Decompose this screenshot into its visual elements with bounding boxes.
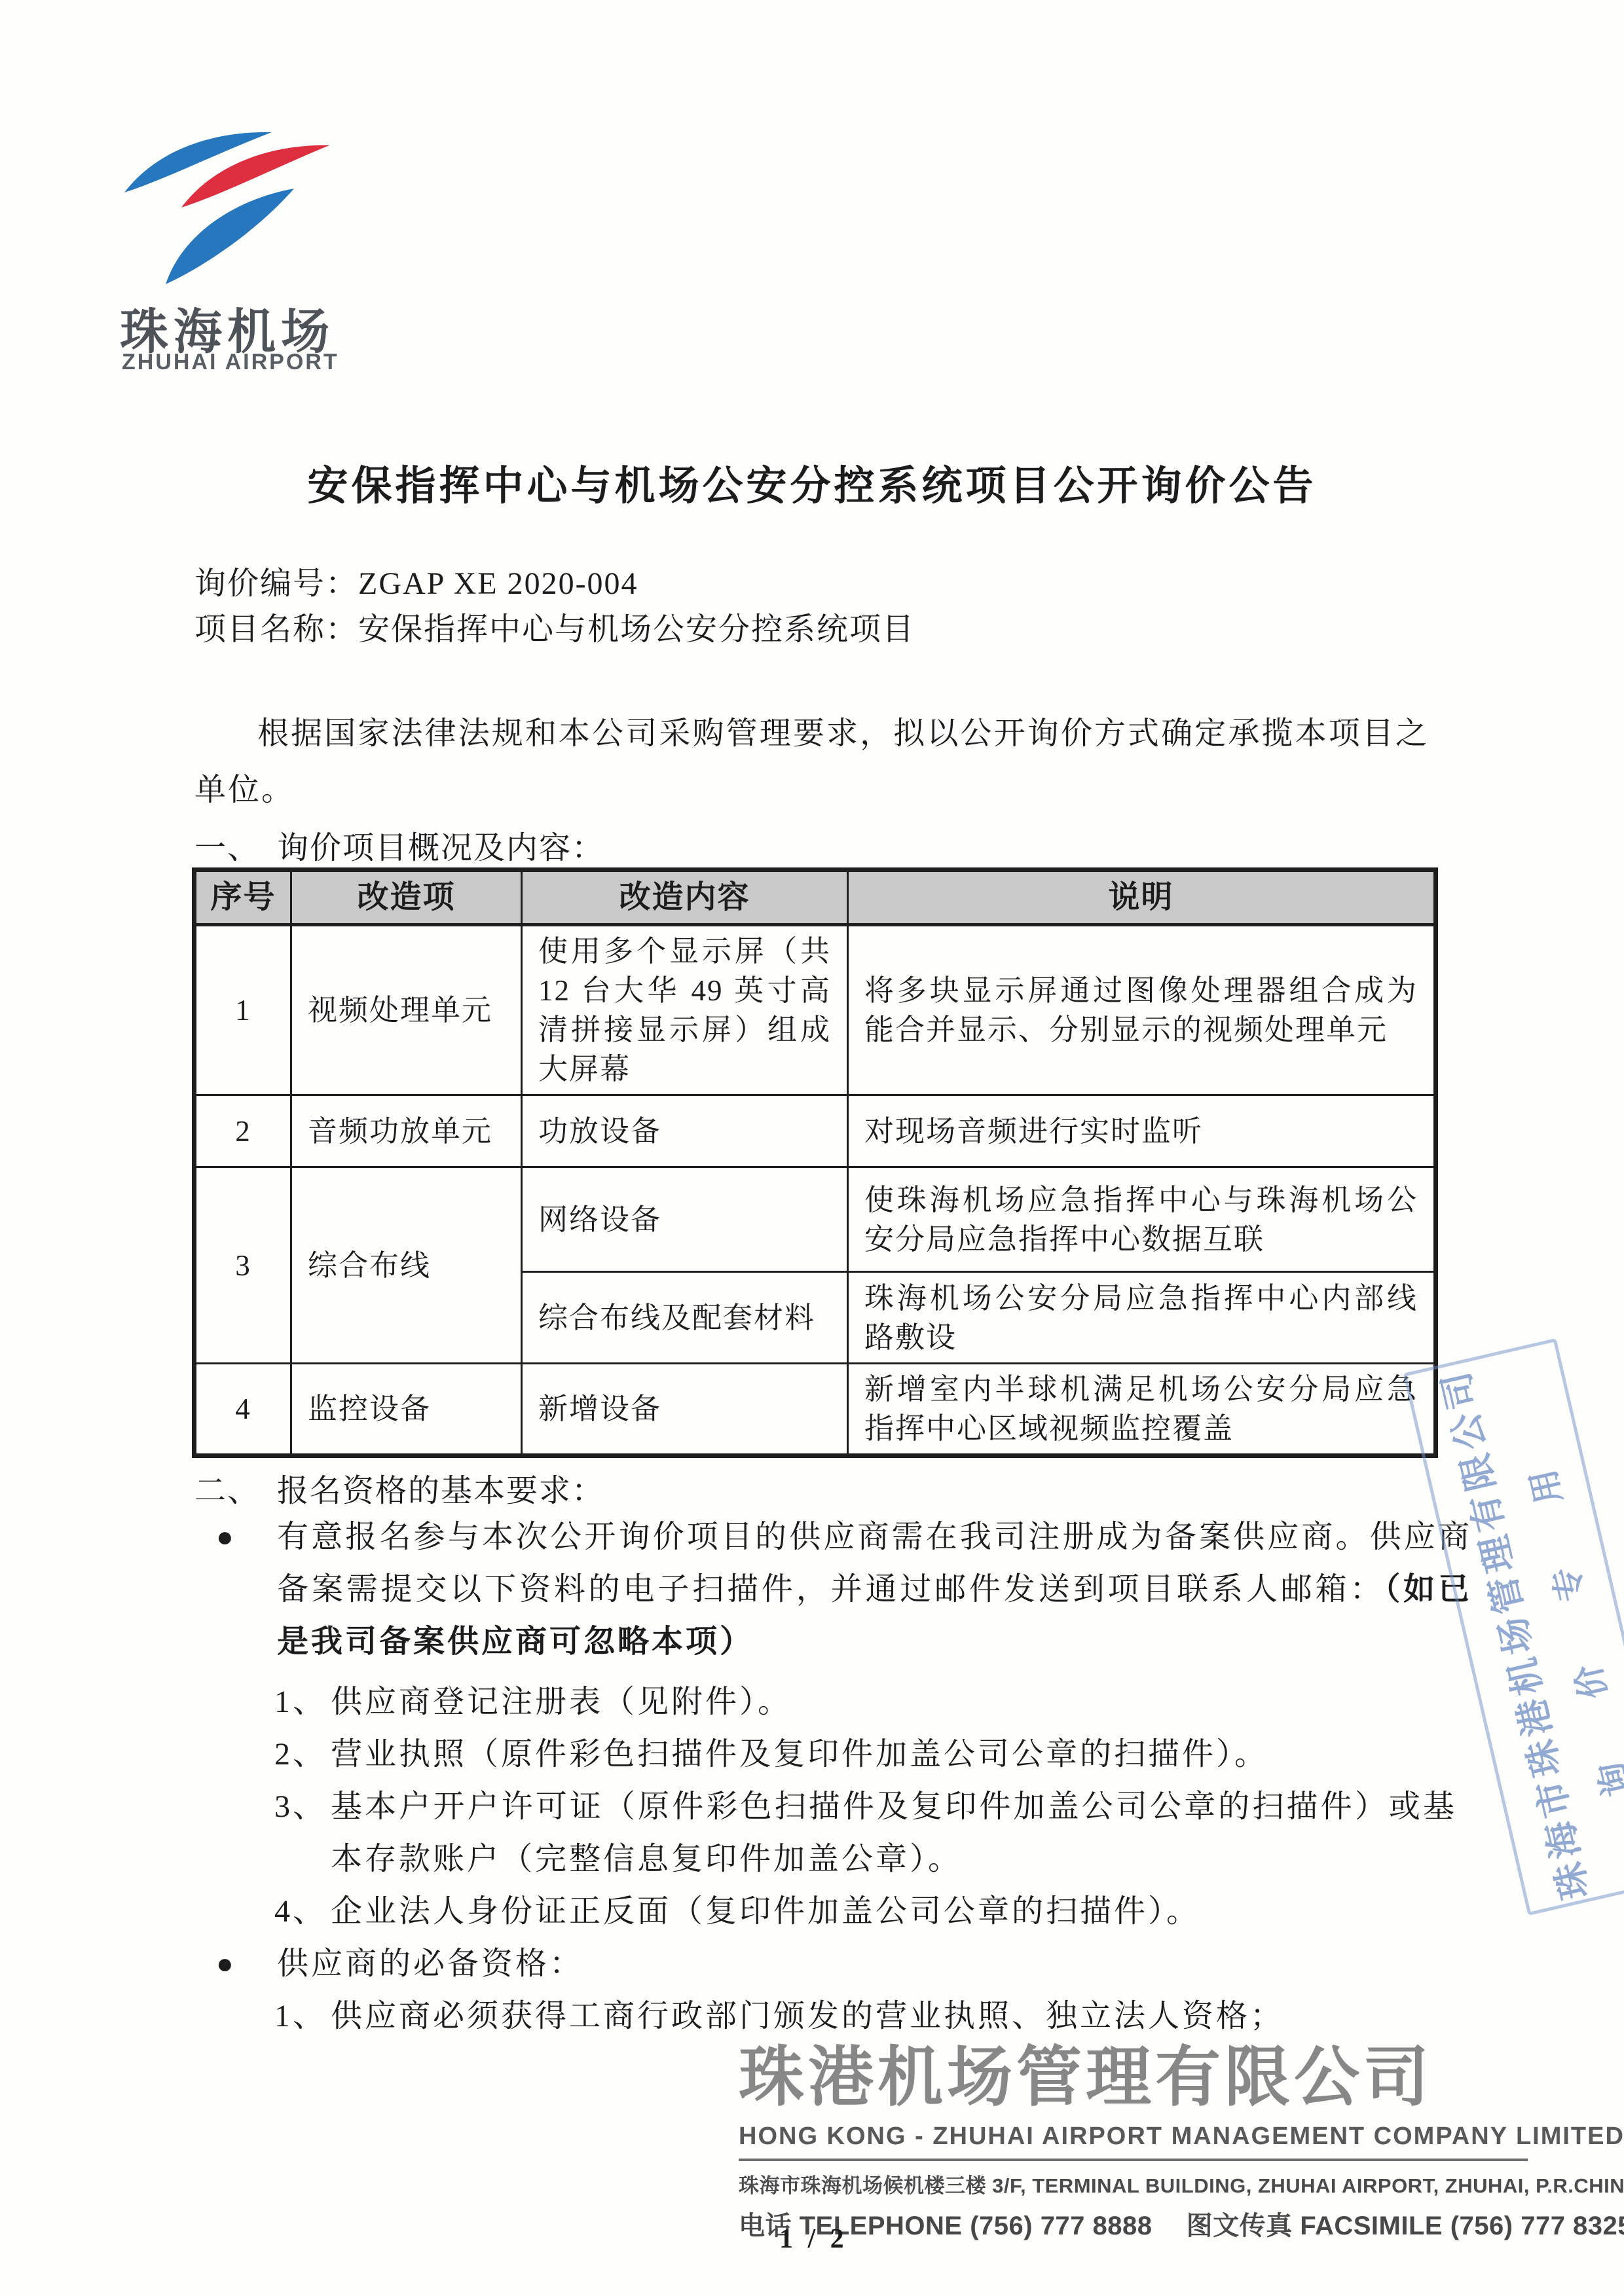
project-overview-table: 序号 改造项 改造内容 说明 1 视频处理单元 使用多个显示屏（共 12 台大华… [192, 867, 1433, 1458]
section1-heading: 一、 询价项目概况及内容： [194, 822, 604, 867]
table-row: 2 音频功放单元 功放设备 对现场音频进行实时监听 [194, 1095, 1436, 1167]
footer-address: 珠海市珠海机场候机楼三楼 3/F, TERMINAL BUILDING, ZHU… [739, 2169, 1534, 2198]
table-cell-desc: 珠海机场公安分局应急指挥中心内部线路敷设 [848, 1272, 1436, 1364]
footer: 珠港机场管理有限公司 HONG KONG - ZHUHAI AIRPORT MA… [739, 2041, 1534, 2242]
list-item-number: 1、 [274, 1990, 331, 2043]
table-cell-desc: 对现场音频进行实时监听 [848, 1095, 1436, 1167]
table-cell-no: 4 [194, 1364, 291, 1456]
column-header-content: 改造内容 [522, 870, 848, 925]
table-cell-desc: 将多块显示屏通过图像处理器组合成为能合并显示、分别显示的视频处理单元 [848, 925, 1436, 1095]
table-cell-item: 监控设备 [291, 1364, 522, 1456]
list-item-number: 2、 [274, 1728, 331, 1781]
list-item: 1、 供应商登记注册表（见附件）。 [216, 1676, 1519, 1728]
list-item: 1、 供应商必须获得工商行政部门颁发的营业执照、独立法人资格； [216, 1990, 1519, 2043]
project-name-line: 项目名称：安保指挥中心与机场公安分控系统项目 [194, 604, 915, 649]
table-cell-content: 网络设备 [522, 1167, 848, 1272]
bullet-text: 有意报名参与本次公开询价项目的供应商需在我司注册成为备案供应商。供应商备案需提交… [277, 1511, 1472, 1668]
table-cell-no: 2 [194, 1095, 291, 1167]
table-cell-item: 视频处理单元 [291, 925, 522, 1095]
table-row: 3 综合布线 网络设备 使珠海机场应急指挥中心与珠海机场公安分局应急指挥中心数据… [194, 1167, 1436, 1272]
page-title: 安保指挥中心与机场公安分控系统项目公开询价公告 [0, 453, 1624, 511]
list-item-text: 营业执照（原件彩色扫描件及复印件加盖公司公章的扫描件）。 [331, 1728, 1457, 1781]
list-item: 4、 企业法人身份证正反面（复印件加盖公司公章的扫描件）。 [216, 1886, 1519, 1938]
table-cell-content: 新增设备 [522, 1364, 848, 1456]
list-item-number: 1、 [274, 1676, 331, 1728]
document-page: 珠海机场 ZHUHAI AIRPORT 安保指挥中心与机场公安分控系统项目公开询… [0, 0, 1624, 2296]
column-header-no: 序号 [194, 870, 291, 925]
table-cell-desc: 使珠海机场应急指挥中心与珠海机场公安分局应急指挥中心数据互联 [848, 1167, 1436, 1272]
table-cell-desc: 新增室内半球机满足机场公安分局应急指挥中心区域视频监控覆盖 [848, 1364, 1436, 1456]
list-item-text: 供应商必须获得工商行政部门颁发的营业执照、独立法人资格； [331, 1990, 1457, 2043]
table-cell-content: 使用多个显示屏（共 12 台大华 49 英寸高清拼接显示屏）组成大屏幕 [522, 925, 848, 1095]
list-item-text: 基本户开户许可证（原件彩色扫描件及复印件加盖公司公章的扫描件）或基本存款账户（完… [331, 1781, 1457, 1886]
inquiry-number-label: 询价编号： [194, 566, 358, 601]
list-item-number: 4、 [274, 1886, 331, 1938]
section2-heading: 二、 报名资格的基本要求： [194, 1465, 604, 1510]
table-cell-item: 综合布线 [291, 1167, 522, 1364]
inquiry-number-value: ZGAP XE 2020-004 [358, 566, 638, 601]
list-item-text: 企业法人身份证正反面（复印件加盖公司公章的扫描件）。 [331, 1886, 1457, 1938]
column-header-item: 改造项 [291, 870, 522, 925]
logo-english-name: ZHUHAI AIRPORT [122, 350, 344, 375]
list-item: 2、 营业执照（原件彩色扫描件及复印件加盖公司公章的扫描件）。 [216, 1728, 1519, 1781]
stamp-purpose-text: 询 价 专 用 [1509, 1437, 1624, 1802]
column-header-desc: 说明 [848, 870, 1436, 925]
table-cell-item: 音频功放单元 [291, 1095, 522, 1167]
table-cell-no: 1 [194, 925, 291, 1095]
inquiry-number-line: 询价编号：ZGAP XE 2020-004 [194, 558, 638, 603]
list-item: 3、 基本户开户许可证（原件彩色扫描件及复印件加盖公司公章的扫描件）或基本存款账… [216, 1781, 1519, 1886]
requirements-list: ● 有意报名参与本次公开询价项目的供应商需在我司注册成为备案供应商。供应商备案需… [216, 1511, 1519, 2043]
bullet-text: 供应商的必备资格： [277, 1938, 1472, 1990]
footer-company-name-en: HONG KONG - ZHUHAI AIRPORT MANAGEMENT CO… [739, 2123, 1534, 2151]
page-number: 1 / 2 [779, 2223, 848, 2255]
bullet-icon: ● [216, 1511, 277, 1563]
project-name-value: 安保指挥中心与机场公安分控系统项目 [358, 612, 915, 647]
list-item-number: 3、 [274, 1781, 331, 1833]
table-cell-content: 功放设备 [522, 1095, 848, 1167]
table-row: 1 视频处理单元 使用多个显示屏（共 12 台大华 49 英寸高清拼接显示屏）组… [194, 925, 1436, 1095]
bullet1-normal-text: 有意报名参与本次公开询价项目的供应商需在我司注册成为备案供应商。供应商备案需提交… [277, 1520, 1472, 1607]
footer-divider [739, 2159, 1528, 2161]
list-item-text: 供应商登记注册表（见附件）。 [331, 1676, 1457, 1728]
table-cell-no: 3 [194, 1167, 291, 1364]
zhuhai-airport-logo-icon [121, 126, 339, 288]
bullet-icon: ● [216, 1938, 277, 1990]
table-header-row: 序号 改造项 改造内容 说明 [194, 870, 1436, 925]
footer-phone-fax: 电话 TELEPHONE (756) 777 8888 图文传真 FACSIMI… [739, 2205, 1534, 2242]
table-cell-content: 综合布线及配套材料 [522, 1272, 848, 1364]
bullet-item-qualification: ● 供应商的必备资格： [216, 1938, 1519, 1990]
table-row: 4 监控设备 新增设备 新增室内半球机满足机场公安分局应急指挥中心区域视频监控覆… [194, 1364, 1436, 1456]
intro-paragraph: 根据国家法律法规和本公司采购管理要求，拟以公开询价方式确定承揽本项目之单位。 [194, 706, 1429, 818]
bullet-item-registration: ● 有意报名参与本次公开询价项目的供应商需在我司注册成为备案供应商。供应商备案需… [216, 1511, 1519, 1668]
project-name-label: 项目名称： [194, 612, 358, 647]
footer-company-name-cn: 珠港机场管理有限公司 [739, 2041, 1534, 2113]
